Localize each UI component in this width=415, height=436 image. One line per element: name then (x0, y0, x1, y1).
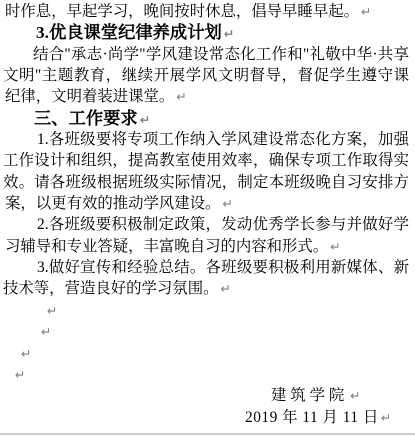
paragraph-mark-icon: ↵ (381, 410, 391, 425)
body-text-line[interactable]: 习辅导和专业答疑，丰富晚自习的内容和形式。↵ (0, 236, 415, 257)
body-text-line[interactable]: 时作息，早起学习，晚间按时休息，倡导早睡早起。↵ (0, 1, 415, 22)
heading-line-text: 3.优良课堂纪律养成计划 (36, 23, 222, 42)
empty-paragraph-line[interactable]: ↵ (0, 321, 415, 342)
paragraph-mark-icon: ↵ (222, 196, 232, 211)
paragraph-mark-icon: ↵ (361, 4, 371, 19)
heading-line[interactable]: 三、工作要求↵ (0, 108, 415, 129)
body-text-line-text: 效。请各班级根据班级实际情况，制定本班级晚自习安排方 (3, 174, 409, 191)
document-page: 时作息，早起学习，晚间按时休息，倡导早睡早起。↵3.优良课堂纪律养成计划↵结合"… (0, 0, 415, 436)
signature-date-line-text: 2019 年 11 月 11 日 (245, 409, 379, 426)
document-body[interactable]: 时作息，早起学习，晚间按时休息，倡导早睡早起。↵3.优良课堂纪律养成计划↵结合"… (0, 1, 415, 428)
paragraph-mark-icon: ↵ (220, 281, 230, 296)
paragraph-mark-icon: ↵ (224, 26, 234, 41)
body-text-line-text: 时作息，早起学习，晚间按时休息，倡导早睡早起。 (5, 3, 359, 20)
body-text-line-text: 1.各班级要将专项工作纳入学风建设常态化方案，加强 (37, 131, 409, 148)
heading-line[interactable]: 3.优良课堂纪律养成计划↵ (0, 22, 415, 43)
body-text-line[interactable]: 纪律，文明着装进课堂。↵ (0, 86, 415, 107)
body-text-line[interactable]: 结合"承志·尚学"学风建设常态化工作和"礼敬中华·共享 (0, 44, 415, 65)
body-text-line[interactable]: 1.各班级要将专项工作纳入学风建设常态化方案，加强 (0, 129, 415, 150)
body-text-line[interactable]: 2.各班级要积极制定政策，发动优秀学长参与并做好学 (0, 214, 415, 235)
empty-paragraph-line[interactable]: ↵ (0, 300, 415, 321)
body-text-line[interactable]: 技术等，营造良好的学习氛围。↵ (0, 278, 415, 299)
heading-line-text: 三、工作要求 (34, 109, 138, 128)
body-text-line-text: 习辅导和专业答疑，丰富晚自习的内容和形式。 (5, 238, 328, 255)
body-text-line[interactable]: 工作设计和组织，提高教室使用效率，确保专项工作取得实 (0, 150, 415, 171)
paragraph-mark-icon: ↵ (330, 239, 340, 254)
body-text-line-text: 技术等，营造良好的学习氛围。 (3, 280, 218, 297)
body-text-line[interactable]: 效。请各班级根据班级实际情况，制定本班级晚自习安排方 (0, 172, 415, 193)
body-text-line[interactable]: 3.做好宣传和经验总结。各班级要积极利用新媒体、新 (0, 257, 415, 278)
body-text-line-text: 结合"承志·尚学"学风建设常态化工作和"礼敬中华·共享 (33, 46, 409, 63)
empty-paragraph-line[interactable]: ↵ (0, 343, 415, 364)
body-text-line-text: 文明"主题教育，继续开展学风文明督导，督促学生遵守课堂 (3, 67, 409, 86)
paragraph-mark-icon: ↵ (41, 324, 51, 339)
paragraph-mark-icon: ↵ (140, 112, 150, 127)
paragraph-mark-icon: ↵ (15, 367, 25, 382)
paragraph-mark-icon: ↵ (47, 303, 57, 318)
body-text-line[interactable]: 案，以更有效的推动学风建设。↵ (0, 193, 415, 214)
paragraph-mark-icon: ↵ (350, 388, 360, 403)
empty-paragraph-line[interactable]: ↵ (0, 364, 415, 385)
paragraph-mark-icon: ↵ (176, 89, 186, 104)
signature-date-line[interactable]: 2019 年 11 月 11 日↵ (0, 407, 415, 428)
body-text-line-text: 案，以更有效的推动学风建设。 (5, 195, 220, 212)
body-text-line-text: 3.做好宣传和经验总结。各班级要积极利用新媒体、新 (37, 259, 409, 276)
body-text-line[interactable]: 文明"主题教育，继续开展学风文明督导，督促学生遵守课堂 (0, 65, 415, 86)
body-text-line-text: 2.各班级要积极制定政策，发动优秀学长参与并做好学 (37, 216, 409, 233)
body-text-line-text: 纪律，文明着装进课堂。 (5, 88, 174, 105)
page-bottom-edge (0, 433, 415, 435)
paragraph-mark-icon: ↵ (21, 346, 31, 361)
body-text-line-text: 工作设计和组织，提高教室使用效率，确保专项工作取得实 (3, 152, 409, 169)
signature-org-line[interactable]: 建筑学院↵ (0, 385, 415, 406)
signature-org-line-text: 建筑学院 (271, 387, 348, 404)
